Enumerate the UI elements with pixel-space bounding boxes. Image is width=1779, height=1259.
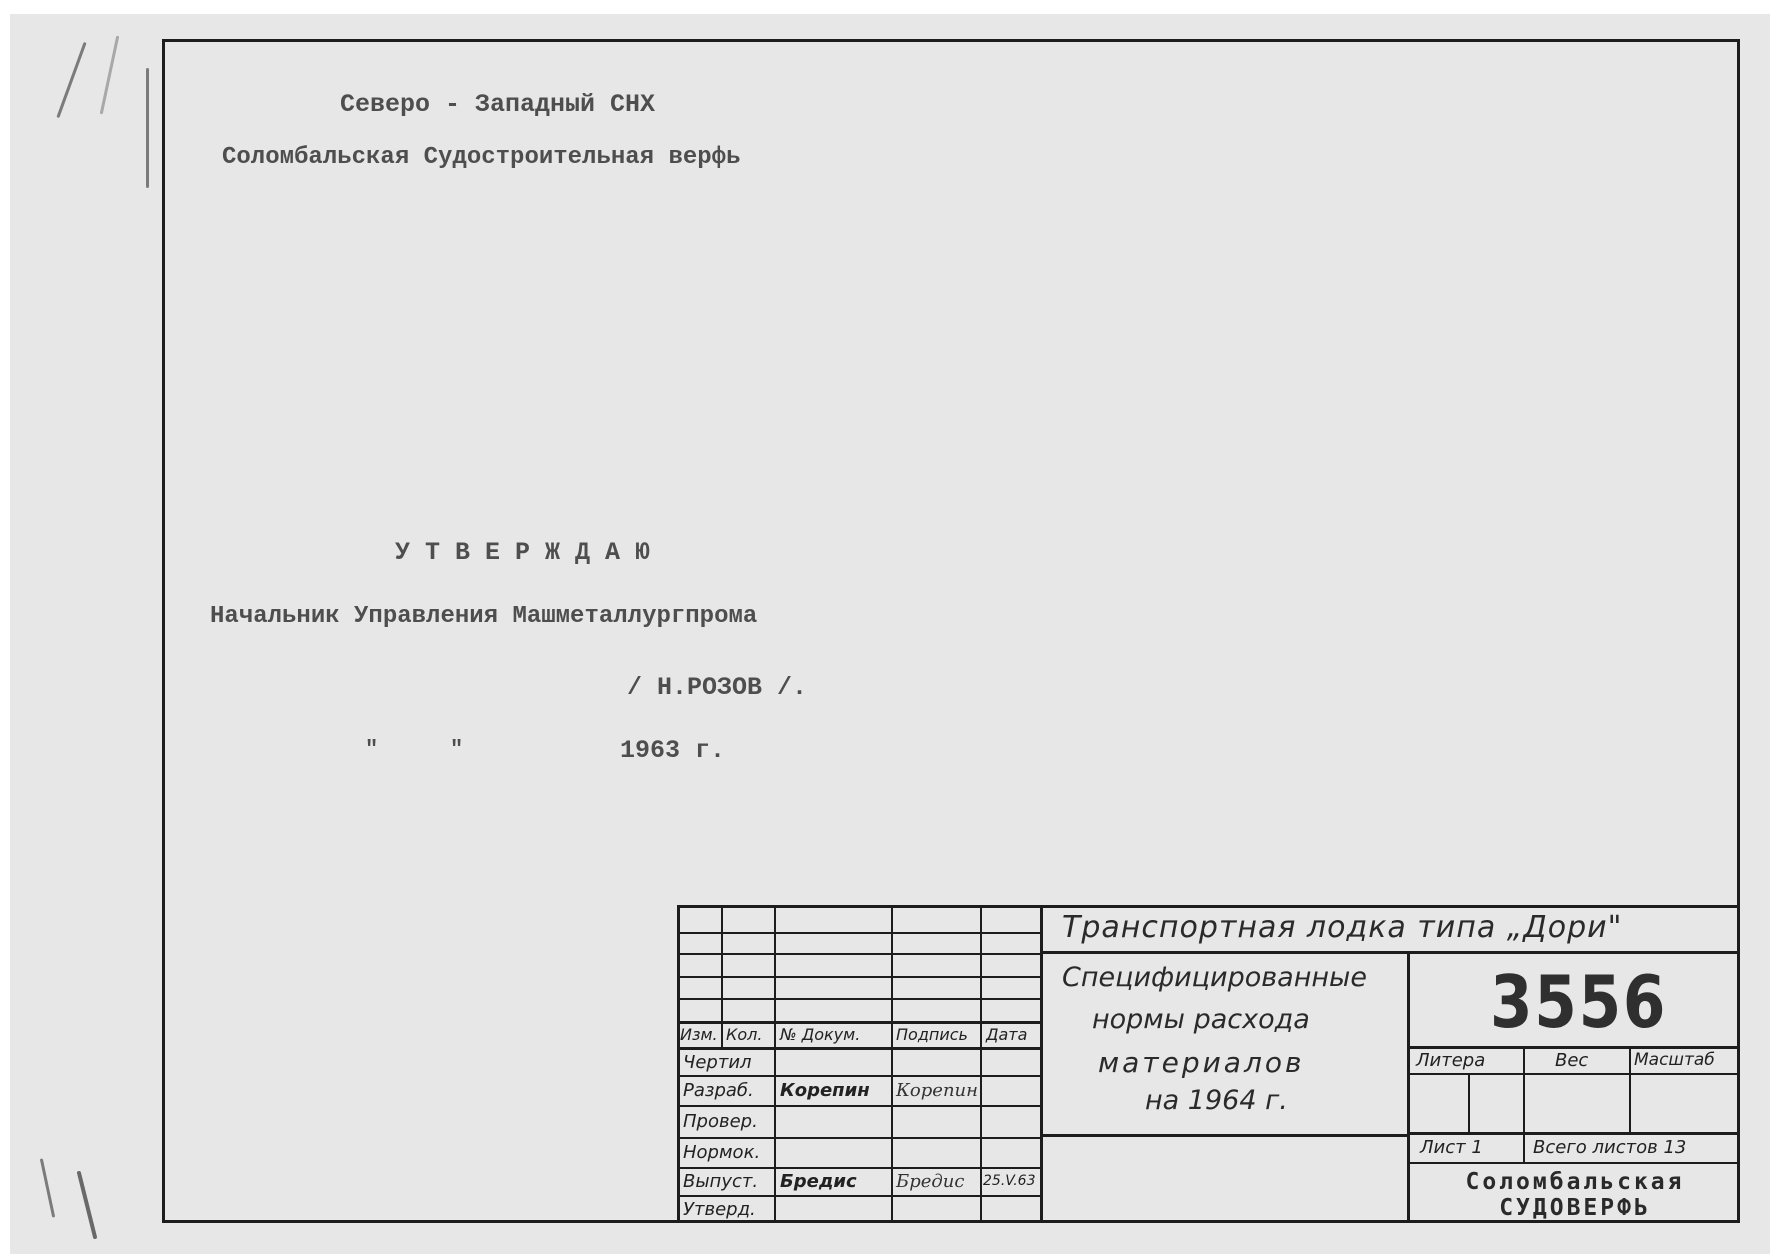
product-name: Транспортная лодка типа „Дори" bbox=[1062, 910, 1622, 945]
tb-row-line bbox=[677, 953, 1040, 955]
total-sheets-label: Всего листов 13 bbox=[1533, 1137, 1686, 1158]
tb-row-line bbox=[677, 1167, 1040, 1169]
role-drew: Чертил bbox=[683, 1052, 752, 1073]
tb-row-line bbox=[677, 1195, 1040, 1197]
rev-header-date: Дата bbox=[986, 1025, 1027, 1044]
tb-row-line bbox=[677, 1137, 1040, 1139]
role-developed: Разраб. bbox=[683, 1080, 754, 1101]
issuer-signature: Бредис bbox=[896, 1171, 964, 1192]
tb-row-line bbox=[677, 1075, 1040, 1077]
doc-title-line-3: материалов bbox=[1098, 1046, 1304, 1079]
organization-line-2: судоверфь bbox=[1410, 1195, 1740, 1221]
org-line-2: Соломбальская Судостроительная верфь bbox=[222, 144, 740, 171]
tb-row-line bbox=[677, 998, 1040, 1000]
tb-row-line bbox=[1407, 1046, 1740, 1049]
date-quote-close: " bbox=[450, 737, 463, 762]
doc-title-line-4: на 1964 г. bbox=[1145, 1085, 1288, 1116]
approval-year: 1963 г. bbox=[620, 736, 725, 765]
issuer-name: Бредис bbox=[780, 1171, 857, 1192]
tb-row-line bbox=[1407, 1162, 1740, 1164]
litera-label: Литера bbox=[1416, 1050, 1485, 1071]
date-quote-open: " bbox=[365, 737, 378, 762]
document-number: 3556 bbox=[1490, 960, 1667, 1044]
rev-header-docnum: № Докум. bbox=[780, 1025, 860, 1044]
approver-name: / Н.РОЗОВ /. bbox=[627, 673, 807, 702]
tb-row-line bbox=[1040, 951, 1740, 954]
tb-row-line bbox=[677, 932, 1040, 934]
rev-header-change: Изм. bbox=[680, 1025, 718, 1044]
role-approved: Утверд. bbox=[683, 1199, 756, 1220]
tb-col-line bbox=[1629, 1046, 1631, 1134]
role-issued: Выпуст. bbox=[683, 1171, 758, 1192]
tb-row-line bbox=[677, 1021, 1040, 1024]
tb-row-line bbox=[677, 976, 1040, 978]
doc-title-line-1: Специфицированные bbox=[1062, 962, 1367, 993]
tb-top-line bbox=[677, 905, 1740, 908]
tb-row-line bbox=[1040, 1134, 1408, 1137]
tb-row-line bbox=[677, 1105, 1040, 1107]
developer-name: Корепин bbox=[780, 1080, 870, 1101]
sheet-label: Лист 1 bbox=[1420, 1137, 1483, 1158]
approver-position: Начальник Управления Машметаллургпрома bbox=[210, 603, 757, 630]
approve-heading: У Т В Е Р Ж Д А Ю bbox=[395, 538, 650, 567]
tb-col-line bbox=[1523, 1046, 1525, 1162]
developer-signature: Корепин bbox=[896, 1080, 978, 1101]
doc-title-line-2: нормы расхода bbox=[1092, 1004, 1310, 1035]
scale-label: Масштаб bbox=[1634, 1050, 1715, 1070]
organization-line-1: Соломбальская bbox=[1410, 1169, 1740, 1195]
tb-col-line bbox=[1468, 1075, 1470, 1133]
role-norm-control: Нормок. bbox=[683, 1142, 760, 1163]
issue-date: 25.V.63 bbox=[983, 1173, 1036, 1189]
weight-label: Вес bbox=[1555, 1050, 1588, 1071]
tb-row-line bbox=[677, 1047, 1040, 1050]
rev-header-count: Кол. bbox=[726, 1025, 762, 1044]
margin-mark bbox=[146, 68, 149, 188]
tb-row-line bbox=[1407, 1073, 1740, 1075]
org-line-1: Северо - Западный СНХ bbox=[340, 90, 655, 119]
tb-row-line bbox=[1407, 1132, 1740, 1135]
role-checked: Провер. bbox=[683, 1111, 758, 1132]
rev-header-signature: Подпись bbox=[896, 1025, 968, 1044]
